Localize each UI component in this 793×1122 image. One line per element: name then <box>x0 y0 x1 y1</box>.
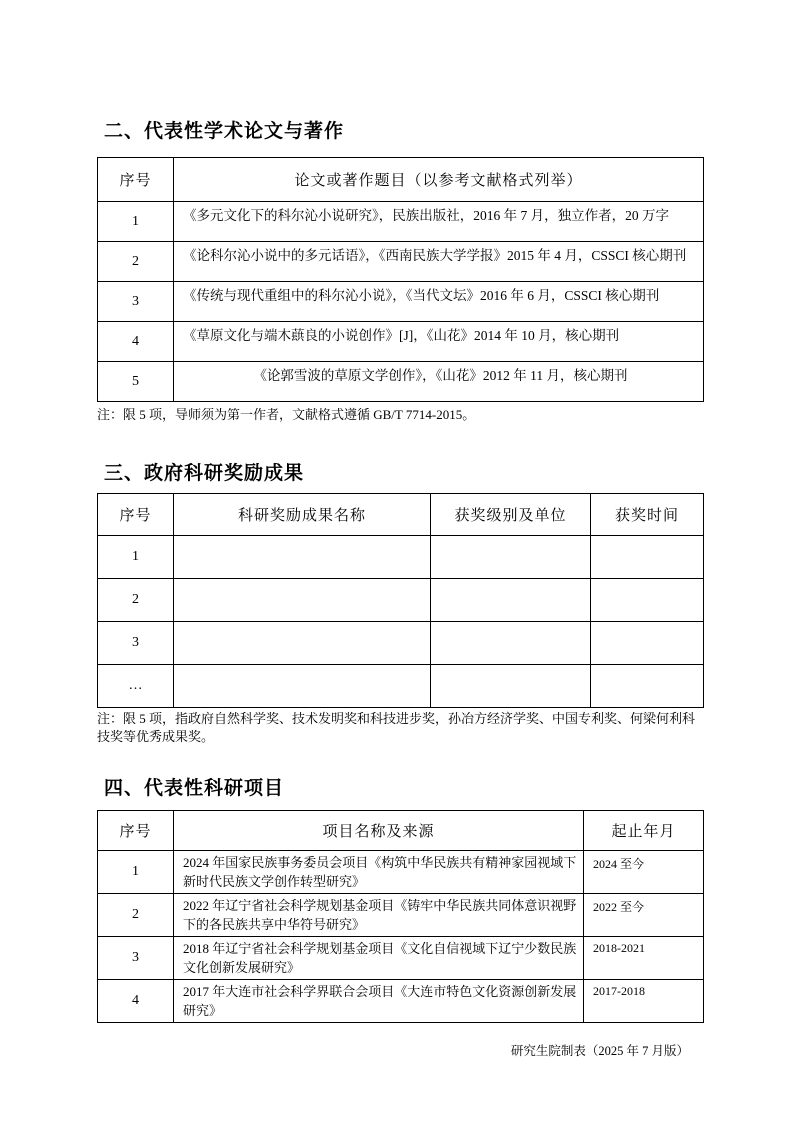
row-index: 3 <box>98 282 174 322</box>
table-row: 3 <box>98 622 704 665</box>
project-period: 2024 至今 <box>584 851 704 894</box>
award-name-cell <box>174 536 431 579</box>
project-name: 2022 年辽宁省社会科学规划基金项目《铸牢中华民族共同体意识视野下的各民族共享… <box>174 894 584 937</box>
footer-credit: 研究生院制表（2025 年 7 月版） <box>97 1041 703 1059</box>
award-name-cell <box>174 665 431 708</box>
award-name-cell <box>174 579 431 622</box>
papers-header-row: 序号 论文或著作题目（以参考文献格式列举） <box>98 158 704 202</box>
project-period: 2017-2018 <box>584 980 704 1023</box>
projects-table: 序号 项目名称及来源 起止年月 1 2024 年国家民族事务委员会项目《构筑中华… <box>97 810 704 1023</box>
awards-table: 序号 科研奖励成果名称 获奖级别及单位 获奖时间 1 2 3 <box>97 493 704 708</box>
table-row: 3 2018 年辽宁省社会科学规划基金项目《文化自信视域下辽宁少数民族文化创新发… <box>98 937 704 980</box>
table-row: 4 《草原文化与端木蕻良的小说创作》[J]，《山花》2014 年 10 月，核心… <box>98 322 704 362</box>
projects-header-row: 序号 项目名称及来源 起止年月 <box>98 811 704 851</box>
table-row: 4 2017 年大连市社会科学界联合会项目《大连市特色文化资源创新发展研究》 2… <box>98 980 704 1023</box>
awards-header-row: 序号 科研奖励成果名称 获奖级别及单位 获奖时间 <box>98 494 704 536</box>
awards-note: 注：限 5 项，指政府自然科学奖、技术发明奖和科技进步奖，孙冶方经济学奖、中国专… <box>97 710 703 746</box>
award-name-cell <box>174 622 431 665</box>
row-index: 4 <box>98 980 174 1023</box>
award-level-cell <box>431 665 591 708</box>
table-row: 1 2024 年国家民族事务委员会项目《构筑中华民族共有精神家园视域下新时代民族… <box>98 851 704 894</box>
paper-entry: 《论科尔沁小说中的多元话语》，《西南民族大学学报》2015 年 4 月，CSSC… <box>174 242 704 282</box>
table-row: 2 <box>98 579 704 622</box>
section-papers-title: 二、代表性学术论文与著作 <box>104 116 344 143</box>
award-level-cell <box>431 536 591 579</box>
table-row: 5 《论郭雪波的草原文学创作》，《山花》2012 年 11 月，核心期刊 <box>98 362 704 402</box>
project-name: 2024 年国家民族事务委员会项目《构筑中华民族共有精神家园视域下新时代民族文学… <box>174 851 584 894</box>
papers-table: 序号 论文或著作题目（以参考文献格式列举） 1 《多元文化下的科尔沁小说研究》，… <box>97 157 704 402</box>
paper-entry: 《传统与现代重组中的科尔沁小说》，《当代文坛》2016 年 6 月，CSSCI … <box>174 282 704 322</box>
papers-header-title: 论文或著作题目（以参考文献格式列举） <box>174 158 704 202</box>
row-index: 2 <box>98 242 174 282</box>
paper-entry: 《论郭雪波的草原文学创作》，《山花》2012 年 11 月，核心期刊 <box>174 362 704 402</box>
project-name: 2017 年大连市社会科学界联合会项目《大连市特色文化资源创新发展研究》 <box>174 980 584 1023</box>
award-level-cell <box>431 622 591 665</box>
awards-header-level: 获奖级别及单位 <box>431 494 591 536</box>
awards-header-time: 获奖时间 <box>591 494 704 536</box>
section-projects-title: 四、代表性科研项目 <box>104 773 284 800</box>
award-time-cell <box>591 579 704 622</box>
row-index: 3 <box>98 937 174 980</box>
row-index: 2 <box>98 894 174 937</box>
award-time-cell <box>591 665 704 708</box>
table-row: 2 《论科尔沁小说中的多元话语》，《西南民族大学学报》2015 年 4 月，CS… <box>98 242 704 282</box>
paper-entry: 《草原文化与端木蕻良的小说创作》[J]，《山花》2014 年 10 月，核心期刊 <box>174 322 704 362</box>
row-index: 1 <box>98 851 174 894</box>
section-awards-title: 三、政府科研奖励成果 <box>104 458 304 485</box>
document-page: 二、代表性学术论文与著作 序号 论文或著作题目（以参考文献格式列举） 1 《多元… <box>0 0 793 1122</box>
row-index: 5 <box>98 362 174 402</box>
table-row: 1 《多元文化下的科尔沁小说研究》，民族出版社，2016 年 7 月，独立作者，… <box>98 202 704 242</box>
projects-header-index: 序号 <box>98 811 174 851</box>
row-index: … <box>98 665 174 708</box>
table-row: 1 <box>98 536 704 579</box>
table-row: 2 2022 年辽宁省社会科学规划基金项目《铸牢中华民族共同体意识视野下的各民族… <box>98 894 704 937</box>
row-index: 3 <box>98 622 174 665</box>
papers-header-index: 序号 <box>98 158 174 202</box>
project-name: 2018 年辽宁省社会科学规划基金项目《文化自信视域下辽宁少数民族文化创新发展研… <box>174 937 584 980</box>
awards-header-name: 科研奖励成果名称 <box>174 494 431 536</box>
award-time-cell <box>591 536 704 579</box>
row-index: 1 <box>98 536 174 579</box>
table-row: … <box>98 665 704 708</box>
paper-entry: 《多元文化下的科尔沁小说研究》，民族出版社，2016 年 7 月，独立作者，20… <box>174 202 704 242</box>
project-period: 2022 至今 <box>584 894 704 937</box>
table-row: 3 《传统与现代重组中的科尔沁小说》，《当代文坛》2016 年 6 月，CSSC… <box>98 282 704 322</box>
row-index: 1 <box>98 202 174 242</box>
award-time-cell <box>591 622 704 665</box>
row-index: 4 <box>98 322 174 362</box>
award-level-cell <box>431 579 591 622</box>
projects-header-name: 项目名称及来源 <box>174 811 584 851</box>
project-period: 2018-2021 <box>584 937 704 980</box>
projects-header-period: 起止年月 <box>584 811 704 851</box>
row-index: 2 <box>98 579 174 622</box>
awards-header-index: 序号 <box>98 494 174 536</box>
papers-note: 注：限 5 项，导师须为第一作者，文献格式遵循 GB/T 7714-2015。 <box>97 406 703 424</box>
